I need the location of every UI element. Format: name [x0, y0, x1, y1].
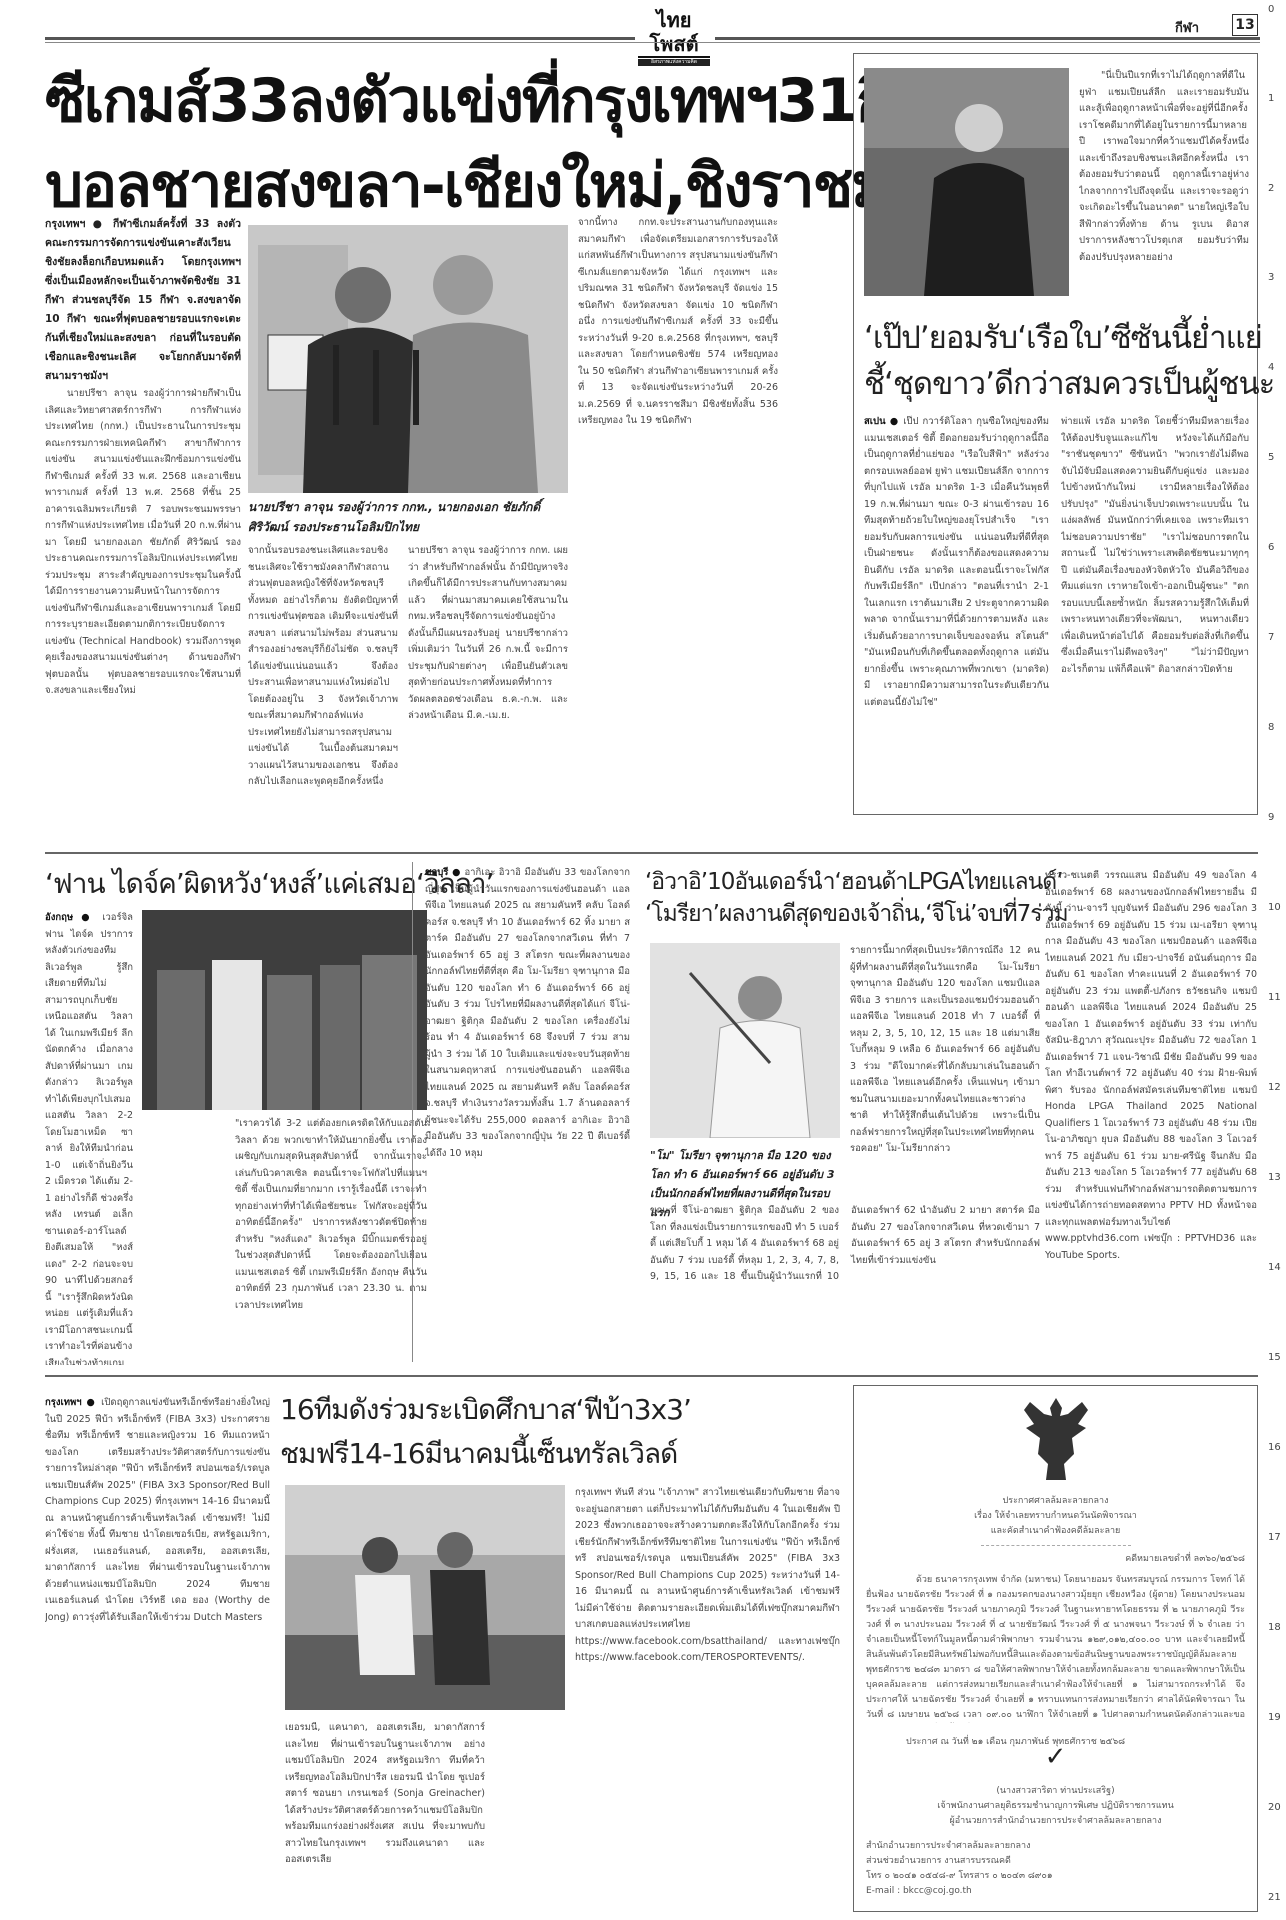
notice-rule	[981, 1545, 1131, 1546]
ruler-mark: 1	[1268, 93, 1274, 104]
lpga-column-3: พราว-ชเนตตี วรรณแสน มืออันดับ 49 ของโลก …	[1045, 868, 1257, 1363]
photo-illustration	[248, 225, 568, 493]
ruler-mark: 0	[1268, 4, 1274, 15]
notice-date: ประกาศ ณ วันที่ ๒๑ เดือน กุมภาพันธ์ พุทธ…	[906, 1735, 1245, 1750]
ruler-mark: 16	[1268, 1442, 1281, 1453]
photo-illustration	[142, 910, 427, 1110]
ruler-mark: 11	[1268, 992, 1281, 1003]
ruler-mark: 18	[1268, 1622, 1281, 1633]
ruler-mark: 7	[1268, 632, 1274, 643]
officials-press-photo	[248, 225, 568, 493]
headline-line-1: 16ทีมดังร่วมระเบิดศึกบาส‘ฟีบ้า3x3’	[280, 1390, 691, 1430]
masthead-thin-rule	[45, 42, 1260, 43]
masthead-rule	[45, 37, 635, 40]
body-paragraph: กรุงเทพฯ ● เปิดฤดูกาลแข่งขันทรีเอ็กซ์ทรี…	[45, 1395, 270, 1626]
logo-text: ไทยโพสต์	[638, 8, 710, 58]
story-pep-guardiola: "นี่เป็นปีแรกที่เราไม่ได้ฤดูกาลที่ดีในยู…	[853, 53, 1258, 815]
headline-line-1: ซีเกมส์33ลงตัวแข่งที่กรุงเทพฯ31กีฬา	[45, 65, 961, 137]
article-column-2: จากนั้นรอบรองชนะเลิศและรอบชิงชนะเลิศจะใช…	[248, 543, 398, 825]
dateline: ชลบุรี ●	[425, 867, 461, 878]
newspaper-logo: ไทยโพสต์ อิสรภาพแห่งความคิด	[638, 8, 710, 42]
ruler-mark: 21	[1268, 1892, 1281, 1903]
column-divider	[412, 862, 413, 1362]
story-fiba-3x3: 16ทีมดังร่วมระเบิดศึกบาส‘ฟีบ้า3x3’ ชมฟรี…	[280, 1390, 840, 1915]
article-column-4: จากนี้ทาง กกท.จะประสานงานกับกองทุนและสมา…	[578, 215, 778, 825]
photo-illustration	[864, 68, 1069, 296]
signer-title-2: ผู้อำนวยการสำนักอำนวยการประจำศาลล้มละลาย…	[866, 1814, 1245, 1829]
body-paragraph: ชลบุรี ● อากิเอะ อิวาอิ มืออันดับ 33 ของ…	[425, 865, 630, 1162]
signature-mark: ✓	[866, 1750, 1245, 1784]
headline-line-1: ‘อิวาอิ’10อันเดอร์นำ‘ฮอนด้าLPGAไทยแลนด์’	[645, 866, 1063, 898]
ruler-mark: 5	[1268, 452, 1274, 463]
page-number: 13	[1232, 14, 1258, 36]
ruler-mark: 19	[1268, 1712, 1281, 1723]
headline-line-2: บอลชายสงขลา-เชียงใหม่,ชิงราชมัง	[45, 150, 916, 222]
signer-title-1: เจ้าพนักงานศาลยุติธรรมชำนาญการพิเศษ ปฏิบ…	[866, 1799, 1245, 1814]
signer-name: (นางสาวสาริตา ท่านประเสริฐ)	[866, 1784, 1245, 1799]
ruler-mark: 10	[1268, 902, 1281, 913]
article-column-1: สเปน ● เป๊ป กวาร์ดิโอลา กุนซือใหญ่ของทีม…	[864, 414, 1049, 809]
dateline: อังกฤษ ●	[45, 912, 94, 923]
ruler-mark: 13	[1268, 1172, 1281, 1183]
section-divider	[45, 1375, 1258, 1377]
ruler-mark: 20	[1268, 1802, 1281, 1813]
headline-line-2: ชมฟรี14-16มีนาคมนี้เซ็นทรัลเวิลด์	[280, 1434, 677, 1474]
basketball-photo	[285, 1485, 565, 1710]
office-line-1: สำนักอำนวยการประจำศาลล้มละลายกลาง	[866, 1839, 1245, 1854]
notice-body: ด้วย ธนาคารกรุงเทพ จำกัด (มหาชน) โดยนายอ…	[866, 1573, 1245, 1723]
liverpool-match-photo	[142, 910, 427, 1110]
pullquote-column: "นี่เป็นปีแรกที่เราไม่ได้ฤดูกาลที่ดีในยู…	[1079, 68, 1249, 308]
garuda-emblem-icon	[1016, 1394, 1096, 1486]
story-sea-games: ซีเกมส์33ลงตัวแข่งที่กรุงเทพฯ31กีฬา บอลช…	[45, 55, 845, 830]
headline-line-2: ‘โมรียา’ผลงานดีสุดของเจ้าถิ่น,‘จีโน่’จบท…	[645, 898, 1068, 930]
lead-paragraph: กรุงเทพฯ ● กีฬาซีเกมส์ครั้งที่ 33 ลงตัว …	[45, 215, 241, 386]
page-ruler: 0 1 2 3 4 5 6 7 8 9 10 11 12 13 14 15 16…	[1262, 0, 1286, 1920]
article-lead-column: กรุงเทพฯ ● กีฬาซีเกมส์ครั้งที่ 33 ลงตัว …	[45, 215, 241, 825]
dateline: สเปน ●	[864, 416, 899, 427]
ruler-mark: 14	[1268, 1262, 1281, 1273]
section-divider	[45, 852, 1258, 854]
fiba-column-1: กรุงเทพฯ ● เปิดฤดูกาลแข่งขันทรีเอ็กซ์ทรี…	[45, 1395, 270, 1915]
fiba-column-mid: เยอรมนี, แคนาดา, ออสเตรเลีย, มาดากัสการ์…	[285, 1720, 485, 1910]
photo-caption: นายปรีชา ลาจุน รองผู้ว่าการ กกท., นายกอง…	[248, 497, 568, 537]
ruler-mark: 17	[1268, 1532, 1281, 1543]
office-phone: โทร ๐ ๒๐๔๑ ๐๕๔๘-๙ โทรสาร ๐ ๒๐๔๓ ๘๙๐๑	[866, 1869, 1245, 1884]
ruler-mark: 6	[1268, 542, 1274, 553]
body-paragraph: อังกฤษ ● เวอร์จิล ฟาน ไดจ์ค ปราการหลังตั…	[45, 910, 133, 1365]
headline-line-2: ชี้‘ชุดขาว’ดีกว่าสมควรเป็นผู้ชนะ	[864, 362, 1274, 406]
ruler-mark: 3	[1268, 272, 1274, 283]
ruler-mark: 2	[1268, 183, 1274, 194]
article-column-2: พ่ายแพ้ เรอัล มาดริด โดยชี้ว่าทีมมีหลายเ…	[1061, 414, 1249, 809]
moriya-golf-photo	[650, 943, 840, 1138]
article-column-1: อังกฤษ ● เวอร์จิล ฟาน ไดจ์ค ปราการหลังตั…	[45, 910, 133, 1365]
article-column-3: นายปรีชา ลาจุน รองผู้ว่าการ กกท. เผยว่า …	[408, 543, 568, 825]
notice-title: ประกาศศาลล้มละลายกลาง	[866, 1494, 1245, 1509]
section-label: กีฬา	[1175, 17, 1199, 38]
masthead: ไทยโพสต์ อิสรภาพแห่งความคิด กีฬา 13	[0, 0, 1286, 50]
lpga-column-2-bottom: ขณะที่ จีโน่-อาฒยา ฐิติกุล มืออันดับ 2 ข…	[650, 1203, 1040, 1363]
ruler-mark: 9	[1268, 812, 1274, 823]
photo-illustration	[650, 943, 840, 1138]
body-paragraph: นายปรีชา ลาจุน รองผู้ว่าการฝ่ายกีฬาเป็นเ…	[45, 386, 241, 700]
notice-subject-1: เรื่อง ให้จำเลยทราบกำหนดวันนัดพิจารณา	[866, 1509, 1245, 1524]
headline-line-1: ‘เป๊ป’ยอมรับ‘เรือใบ’ซีซันนี้ย่ำแย่	[864, 316, 1262, 360]
story-van-dijk: ‘ฟาน ไดจ์ค’ผิดหวัง‘หงส์’แค่เสมอ‘วิลลา’ อ…	[45, 858, 425, 1368]
guardiola-photo	[864, 68, 1069, 296]
notice-subject-2: และคัดสำเนาคำฟ้องคดีล้มละลาย	[866, 1524, 1245, 1539]
story-lpga: ‘อิวาอิ’10อันเดอร์นำ‘ฮอนด้าLPGAไทยแลนด์’…	[645, 858, 1260, 1368]
bankruptcy-court-notice: ประกาศศาลล้มละลายกลาง เรื่อง ให้จำเลยทรา…	[853, 1385, 1258, 1912]
case-number: คดีหมายเลขดำที่ ล๓๖๐/๒๕๖๘	[866, 1552, 1245, 1567]
article-column-2: "เราควรได้ 3-2 แต่ต้องยกเครดิตให้กับแอสต…	[235, 1116, 427, 1366]
fiba-column-2: กรุงเทพฯ ทันที ส่วน "เจ้าภาพ" สาวไทยเช่น…	[575, 1485, 840, 1910]
ruler-mark: 12	[1268, 1082, 1281, 1093]
lpga-column-2-top: รายการนี้มากที่สุดเป็นประวัติการณ์ถึง 12…	[850, 943, 1040, 1193]
ruler-mark: 15	[1268, 1352, 1281, 1363]
office-email: E-mail : bkcc@coj.go.th	[866, 1884, 1245, 1899]
photo-illustration	[285, 1485, 565, 1710]
dateline: กรุงเทพฯ ●	[45, 1397, 96, 1408]
lpga-column-1: ชลบุรี ● อากิเอะ อิวาอิ มืออันดับ 33 ของ…	[425, 865, 630, 1365]
body-paragraph: สเปน ● เป๊ป กวาร์ดิโอลา กุนซือใหญ่ของทีม…	[864, 414, 1049, 711]
dateline: กรุงเทพฯ ●	[45, 218, 106, 230]
ruler-mark: 8	[1268, 722, 1274, 733]
office-line-2: ส่วนช่วยอำนวยการ งานสารบรรณคดี	[866, 1854, 1245, 1869]
